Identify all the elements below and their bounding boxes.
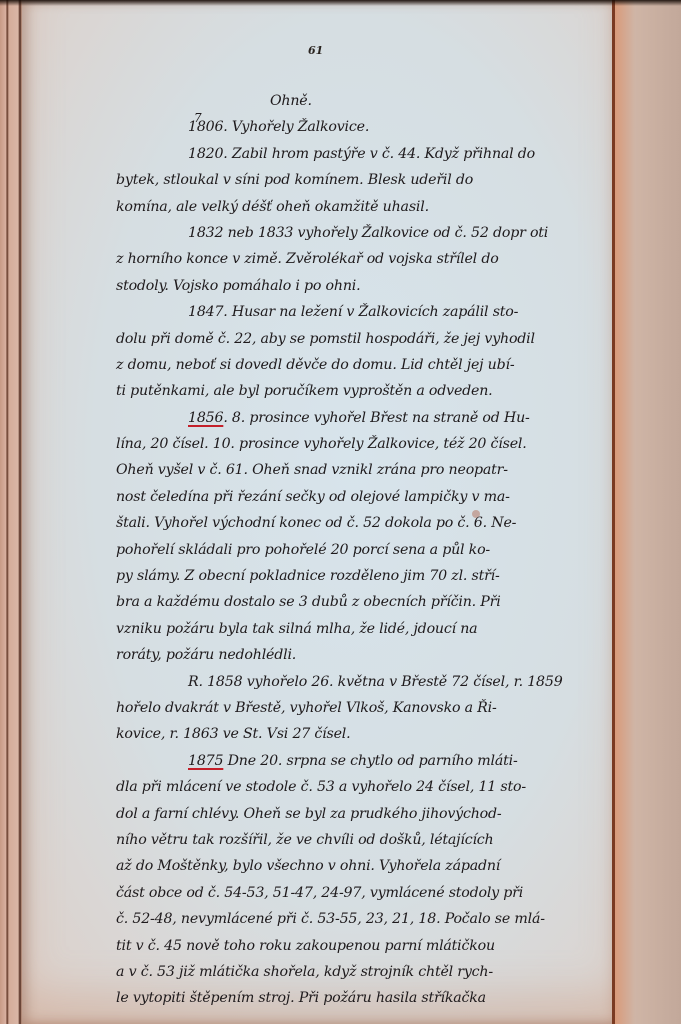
entry-1856-line: py slámy. Z obecní pokladnice rozděleno … (116, 563, 612, 589)
entry-1856-line: vzniku požáru byla tak silná mlha, že li… (116, 616, 612, 642)
page-number: 61 (308, 44, 323, 57)
year-correction: 1806. Vyhořely Žalkovice. (188, 119, 369, 135)
entry-1858-line: hořelo dvakrát v Břestě, vyhořel Vlkoš, … (116, 695, 612, 721)
entry-1856-line: 1856. 8. prosince vyhořel Břest na stran… (116, 405, 612, 431)
entry-1856-line: pohořelí skládali pro pohořelé 20 porcí … (116, 537, 612, 563)
entry-1806: 1806. Vyhořely Žalkovice. (116, 114, 612, 140)
entry-1847-line: 1847. Husar na ležení v Žalkovicích zapá… (116, 299, 612, 325)
entry-1820-line: komína, ale velký déšť oheň okamžitě uha… (116, 194, 612, 220)
entry-1875-line: tit v č. 45 nově toho roku zakoupenou pa… (116, 933, 612, 959)
entry-1875-line: 1875 Dne 20. srpna se chytlo od parního … (116, 748, 612, 774)
entry-1847-line: ti putěnkami, ale byl poručíkem vyproště… (116, 378, 612, 404)
entry-1820-line: 1820. Zabil hrom pastýře v č. 44. Když p… (116, 141, 612, 167)
entry-1875-line: le vytopiti štěpením stroj. Při požáru h… (116, 985, 612, 1011)
entry-1856-line: roráty, požáru nedohlédli. (116, 642, 612, 668)
year-1875-underlined: 1875 (188, 753, 223, 769)
top-shadow (0, 0, 681, 6)
entry-1832-line: 1832 neb 1833 vyhořely Žalkovice od č. 5… (116, 220, 612, 246)
handwritten-text: Ohně. 1806. Vyhořely Žalkovice. 1820. Za… (116, 88, 612, 1012)
right-page-edge (615, 0, 681, 1024)
entry-1875-line: dol a farní chlévy. Oheň se byl za prudk… (116, 801, 612, 827)
entry-1875-line: č. 52-48, nevymlácené při č. 53-55, 23, … (116, 906, 612, 932)
entry-1875-line: dla při mlácení ve stodole č. 53 a vyhoř… (116, 774, 612, 800)
entry-1875-line: část obce od č. 54-53, 51-47, 24-97, vym… (116, 880, 612, 906)
entry-1832-line: stodoly. Vojsko pomáhalo i po ohni. (116, 273, 612, 299)
entry-1856-line: štali. Vyhořel východní konec od č. 52 d… (116, 510, 612, 536)
entry-1875-line: až do Moštěnky, bylo všechno v ohni. Vyh… (116, 853, 612, 879)
entry-1875-line: ního větru tak rozšířil, že ve chvíli od… (116, 827, 612, 853)
entry-1856-line: lína, 20 čísel. 10. prosince vyhořely Ža… (116, 431, 612, 457)
section-heading: Ohně. (116, 88, 612, 114)
book-spread: 61 Ohně. 1806. Vyhořely Žalkovice. 1820.… (0, 0, 681, 1024)
year-1856-underlined: 1856 (188, 410, 223, 426)
entry-1858-line: R. 1858 vyhořelo 26. května v Břestě 72 … (116, 669, 612, 695)
entry-1875-line: a v č. 53 již mlátička shořela, když str… (116, 959, 612, 985)
entry-1856-line: Oheň vyšel v č. 61. Oheň snad vznikl zrá… (116, 457, 612, 483)
entry-1847-line: z domu, neboť si dovedl děvče do domu. L… (116, 352, 612, 378)
entry-1847-line: dolu při domě č. 22, aby se pomstil hosp… (116, 326, 612, 352)
entry-1820-line: bytek, stloukal v síni pod komínem. Bles… (116, 167, 612, 193)
entry-1858-line: kovice, r. 1863 ve St. Vsi 27 čísel. (116, 721, 612, 747)
entry-1832-line: z horního konce v zimě. Zvěrolékař od vo… (116, 246, 612, 272)
entry-1856-line: bra a každému dostalo se 3 dubů z obecní… (116, 589, 612, 615)
entry-1856-line: nost čeledína při řezání sečky od olejov… (116, 484, 612, 510)
